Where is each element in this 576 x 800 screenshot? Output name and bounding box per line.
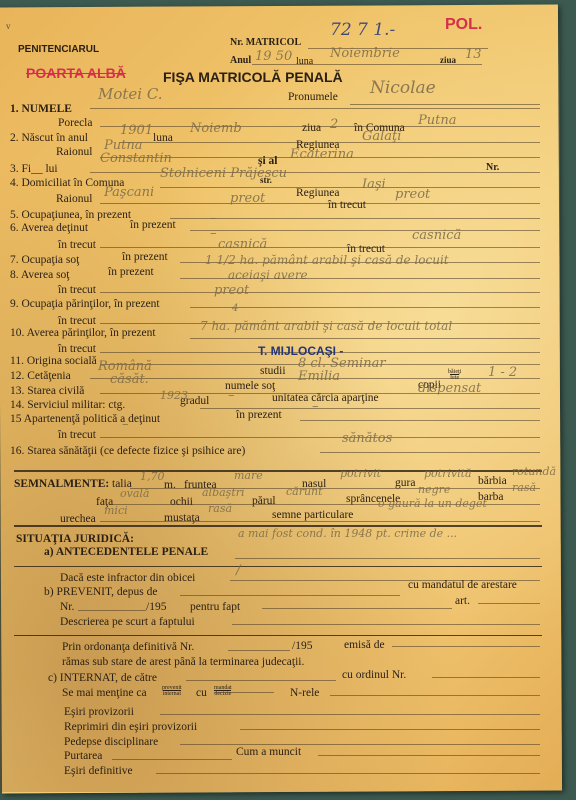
fruntea-value: mare: [234, 470, 263, 481]
starea-civila-label: 13. Starea civilă: [10, 386, 84, 398]
averea-parinti-prezent: 7 ha. pământ arabil şi casă de locuit to…: [200, 320, 452, 332]
numele-label: 1. NUMELE: [10, 104, 72, 116]
apartenenta-trecut-label: în trecut: [58, 430, 96, 442]
art-label: art.: [455, 596, 470, 608]
institution-label: PENITENCIARUL: [18, 45, 99, 55]
comuna-value: Putna: [418, 114, 456, 127]
averea-sot-prezent-label: în prezent: [108, 267, 154, 279]
esiri-def-label: Eşiri definitive: [64, 766, 133, 778]
copii-value: 1 - 2: [488, 366, 517, 379]
porecla-label: Porecla: [58, 118, 92, 130]
unitatea-value: dispensat: [418, 382, 481, 395]
cu-label: cu: [196, 688, 207, 700]
regiunea2-value: Iaşi: [362, 178, 386, 191]
m-label: m.: [164, 480, 176, 492]
raionul-label: Raionul: [56, 147, 92, 159]
averea-sot-label: 8. Averea soţ: [10, 270, 70, 282]
antecedente-label: a) ANTECEDENTELE PENALE: [44, 547, 208, 559]
gradul-label: gradul: [180, 396, 209, 408]
fata-value: ovală: [120, 488, 149, 499]
apartenenta-label: 15 Apartenenţă politică a deţinut: [10, 414, 160, 426]
starea-civila-value: căsăt.: [110, 373, 149, 386]
emisa-label: emisă de: [344, 640, 385, 652]
averea-trecut-label: în trecut: [58, 240, 96, 252]
apartenenta-prezent-label: în prezent: [236, 410, 282, 422]
apartenenta-prezent: –: [312, 400, 319, 413]
averea-parinti-label: 10. Averea părinţilor, în prezent: [10, 328, 156, 340]
luna-value: Noiembrie: [330, 47, 400, 60]
averea-sot-prezent: 1 1/2 ha. pământ arabil şi casă de locui…: [205, 254, 449, 266]
semne-label: semne particulare: [272, 510, 353, 522]
prevenit-internat-fraction: prevenitinternat: [162, 685, 182, 697]
ocupatiunea-trecut-label: în trecut: [328, 200, 366, 212]
mandat-label: cu mandatul de arestare: [408, 580, 517, 592]
serviciul-label: 14. Serviciul militar: ctg.: [10, 400, 125, 412]
unitatea-label: unitatea cărcia aparţine: [272, 393, 379, 405]
pronumele-value: Nicolae: [370, 80, 436, 97]
matricol-value: 72 7 1.-: [330, 22, 395, 39]
gradul-value: –: [228, 389, 235, 402]
regiunea-value: Galaţi: [362, 130, 401, 143]
ocupatia-sot-label: 7. Ocupaţia soţ: [10, 255, 79, 267]
apartenenta-trecut: –: [122, 418, 129, 431]
ziua-value: 13: [465, 48, 482, 61]
str-label: str.: [260, 176, 272, 185]
regiunea2-label: Regiunea: [296, 188, 339, 200]
form-title: FIŞA MATRICOLĂ PENALĂ: [163, 70, 343, 84]
luna-label: luna: [296, 57, 313, 67]
ordonanta-an-label: /195: [292, 641, 312, 653]
ocupatia-parinti-trecut-label: în trecut: [58, 316, 96, 328]
reprimiri-label: Reprimiri din eşiri provizorii: [64, 722, 197, 734]
nrele-label: N-rele: [290, 688, 319, 700]
barbia-label: bărbia: [478, 476, 507, 488]
an195-label: /195: [146, 602, 166, 614]
fiul-label: 3. Fi__ lui: [10, 164, 58, 176]
averea-label: 6. Averea deţinut: [10, 223, 88, 235]
raionul2-value: Paşcani: [104, 186, 154, 199]
parul-label: părul: [252, 496, 276, 508]
anul-value: 19 50: [255, 50, 292, 63]
ocupatia-parinti-label: 9. Ocupaţia părinţilor, în prezent: [10, 299, 160, 311]
ramas-label: rămas sub stare de arest până la termina…: [62, 657, 304, 669]
averea-sot-trecut-label: în trecut: [58, 285, 96, 297]
ocupatia-sot-trecut: casnică: [412, 229, 461, 242]
ordonanta-label: Prin ordonanţa definitivă Nr.: [62, 642, 194, 654]
ocupatia-parinti-prezent: preot: [214, 284, 249, 297]
nascut-ziua-value: 2: [330, 118, 338, 131]
prevenit-label: b) PREVENIT, depus de: [44, 587, 158, 599]
infractor-value: /: [236, 564, 240, 577]
sprancenele-value: negre: [418, 484, 450, 495]
barbia-value: rotundă: [512, 466, 556, 477]
averea-prezent: –: [210, 212, 217, 225]
sanatate-label: 16. Starea sănătăţii (ce defecte fizice …: [10, 446, 245, 458]
check-mark: v: [6, 22, 11, 31]
semne-value: o gaură la un deget: [378, 498, 487, 509]
mama-value: Ecaterina: [290, 148, 354, 161]
gura-value: potrivită: [424, 468, 472, 479]
pol-stamp: POL.: [445, 16, 482, 34]
nr-label: Nr.: [60, 602, 74, 614]
ochii-value: albaştri: [202, 487, 245, 498]
pentru-fapt-label: pentru fapt: [190, 602, 240, 614]
sanatate-value: sănătos: [342, 432, 392, 445]
purtarea-label: Purtarea: [64, 751, 102, 763]
juridic-title: SITUAŢIA JURIDICĂ:: [16, 534, 134, 546]
antecedente-value: a mai fost cond. în 1948 pt. crime de ..…: [238, 528, 457, 539]
nasul-value: potrivit: [340, 468, 381, 479]
esiri-prov-label: Eşiri provizorii: [64, 707, 134, 719]
talia-value: 1,70: [140, 471, 165, 482]
averea-trecut: –: [210, 227, 217, 240]
ordinul-label: cu ordinul Nr.: [342, 670, 406, 682]
descrierea-label: Descrierea pe scurt a faptului: [60, 617, 195, 629]
ocupatiunea-trecut: preot: [395, 188, 430, 201]
mentine-label: Se mai menţine ca: [62, 688, 147, 700]
urechea-label: urechea: [60, 514, 96, 526]
ocupatia-parinti-trecut: 4: [232, 304, 238, 314]
infractor-label: Dacă este infractor din obicei: [60, 573, 195, 585]
numele-sot-value: Emilia: [298, 370, 340, 383]
anul-label: Anul: [230, 56, 251, 66]
ocupatiunea-prezent: preot: [230, 192, 265, 205]
ocupatia-sot-prezent-label: în prezent: [122, 252, 168, 264]
mandat-decizie-fraction: mandatdecizie: [214, 685, 232, 697]
cetatenia-label: 12. Cetăţenia: [10, 371, 71, 383]
ocupatia-sot-prezent: casnică: [218, 238, 267, 251]
tata-value: Constantin: [100, 152, 172, 165]
internat-label: c) INTERNAT, de către: [48, 673, 157, 685]
institution-stamp: POARTA ALBĂ: [26, 65, 126, 81]
matricol-label: Nr. MATRICOL: [230, 38, 301, 48]
mustata-label: mustaţa: [164, 513, 200, 525]
ochii-label: ochii: [170, 497, 193, 509]
semnalmente-title: SEMNALMENTE:: [14, 479, 109, 491]
pedepse-label: Pedepse disciplinare: [64, 737, 158, 749]
copii-fraction: băieţifete: [448, 369, 461, 381]
pronumele-label: Pronumele: [288, 92, 338, 104]
origina-label: 11. Origina socială: [10, 356, 97, 368]
averea-prezent-label: în prezent: [130, 220, 176, 232]
parul-value: cărunt: [286, 486, 323, 497]
studii-label: studii: [260, 366, 286, 378]
numele-value: Motei C.: [98, 87, 163, 102]
mustata-value: rasă: [208, 503, 232, 514]
nascut-an: 1901: [120, 124, 153, 137]
averea-parinti-trecut-label: în trecut: [58, 344, 96, 356]
cum-muncit-label: Cum a muncit: [236, 747, 301, 759]
barba-value: rasă: [512, 482, 536, 493]
raionul2-label: Raionul: [56, 194, 92, 206]
urechea-value: mici: [104, 505, 128, 516]
nascut-luna-value: Noiemb: [190, 122, 242, 135]
nascut-label: 2. Născut în anul: [10, 133, 88, 145]
nascut-ziua-label: ziua: [302, 123, 321, 135]
ocupatiunea-label: 5. Ocupaţiunea, în prezent: [10, 210, 131, 222]
averea-sot-trecut: aceiaşi avere: [228, 269, 308, 281]
